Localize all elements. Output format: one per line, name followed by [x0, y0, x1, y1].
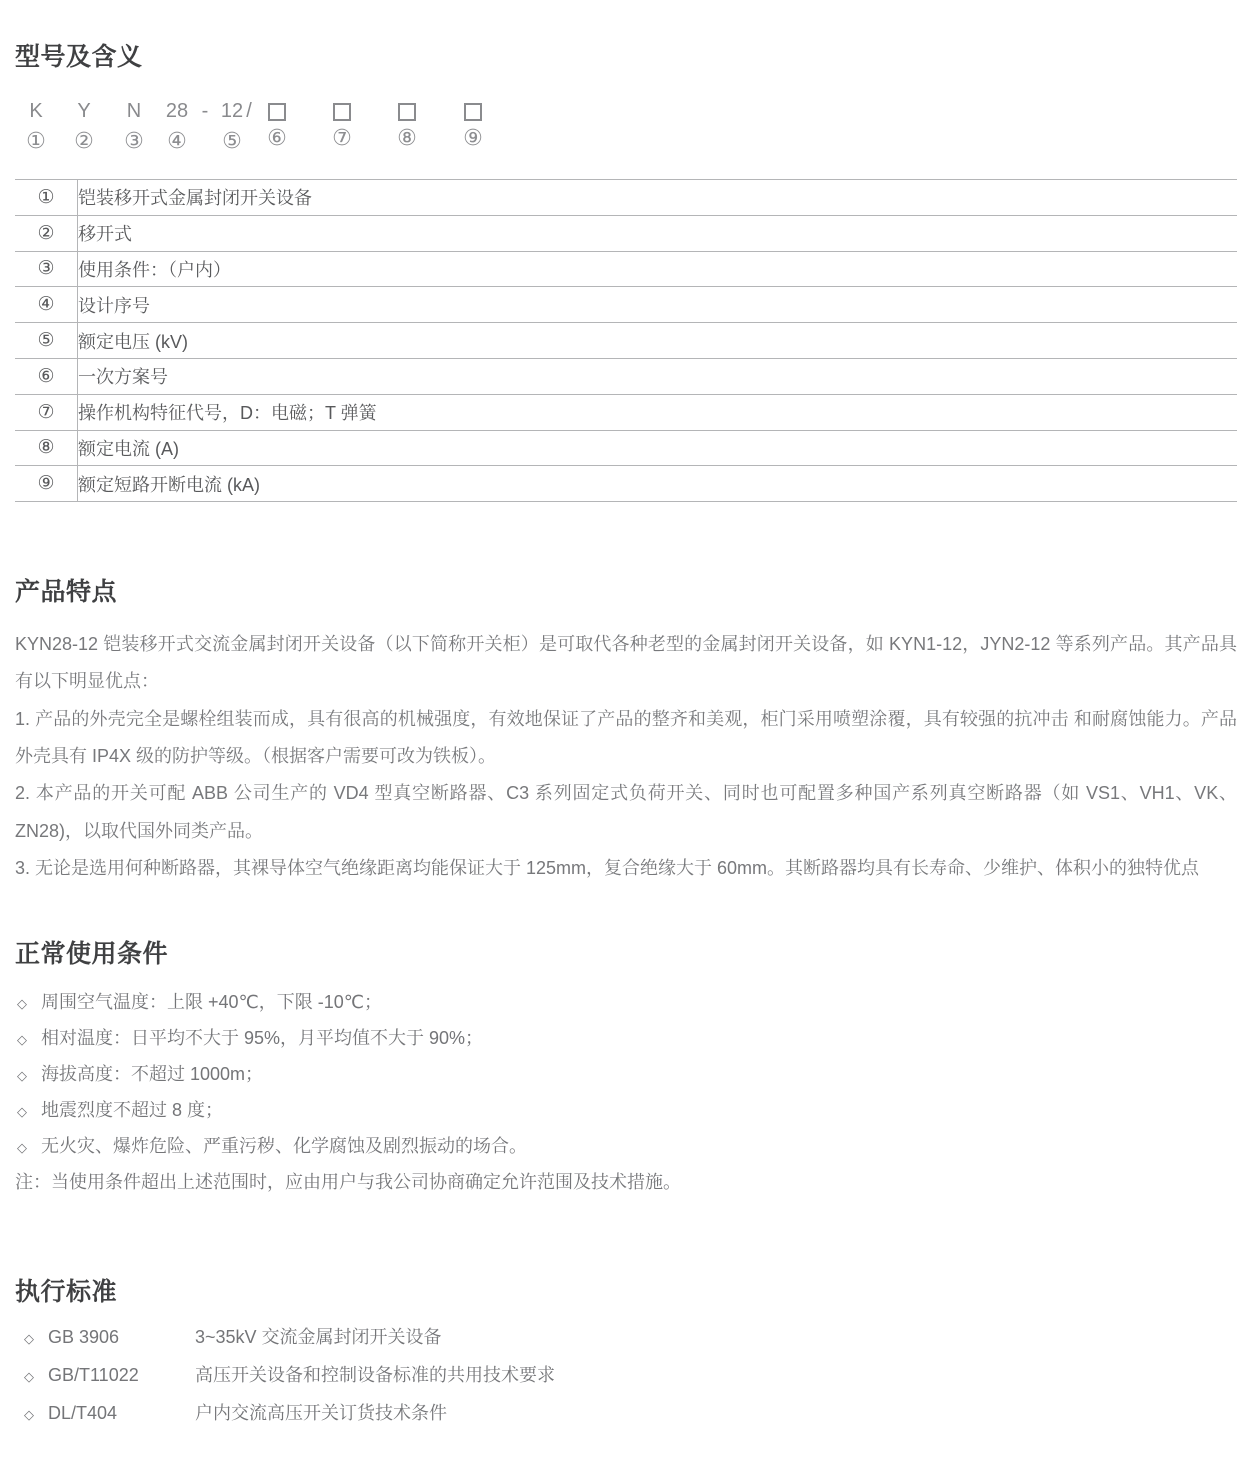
- diamond-bullet-icon: ◇: [24, 1397, 48, 1433]
- diamond-bullet-icon: ◇: [24, 1359, 48, 1395]
- section-title-standards: 执行标准: [15, 1275, 1237, 1309]
- row-description: 额定电压 (kV): [78, 323, 1238, 359]
- paragraph: KYN28-12 铠装移开式交流金属封闭开关设备（以下简称开关柜）是可取代各种老…: [15, 626, 1237, 701]
- row-description: 操作机构特征代号，D：电磁；T 弹簧: [78, 394, 1238, 430]
- model-symbol: K: [14, 98, 58, 124]
- table-row: ① 铠装移开式金属封闭开关设备: [15, 180, 1237, 216]
- row-number: ②: [15, 215, 78, 251]
- row-number: ⑥: [15, 358, 78, 394]
- diamond-bullet-icon: ◇: [15, 1059, 41, 1093]
- condition-text: 周围空气温度：上限 +40℃，下限 -10℃；: [41, 985, 382, 1019]
- table-row: ② 移开式: [15, 215, 1237, 251]
- model-column-9: ⑨: [451, 98, 495, 153]
- paragraph: 3. 无论是选用何种断路器，其裸导体空气绝缘距离均能保证大于 125mm，复合绝…: [15, 850, 1237, 887]
- diamond-bullet-icon: ◇: [24, 1321, 48, 1357]
- model-symbol: Y: [62, 98, 106, 124]
- condition-text: 相对温度：日平均不大于 95%，月平均值不大于 90%；: [41, 1021, 483, 1055]
- list-item: ◇ 地震烈度不超过 8 度；: [15, 1093, 1237, 1129]
- circled-number: ①: [14, 126, 58, 156]
- list-item: ◇ DL/T404 户内交流高压开关订货技术条件: [15, 1395, 1237, 1433]
- table-row: ⑤ 额定电压 (kV): [15, 323, 1237, 359]
- diamond-bullet-icon: ◇: [15, 987, 41, 1021]
- model-column-3: N ③: [112, 98, 156, 156]
- row-number: ⑨: [15, 466, 78, 502]
- condition-text: 海拔高度：不超过 1000m；: [41, 1057, 263, 1091]
- placeholder-box-icon: [333, 103, 351, 121]
- circled-number: ⑦: [320, 123, 364, 153]
- condition-text: 无火灾、爆炸危险、严重污秽、化学腐蚀及剧烈振动的场合。: [41, 1129, 527, 1163]
- placeholder-box-icon: [268, 103, 286, 121]
- circled-number: ③: [112, 126, 156, 156]
- row-description: 额定短路开断电流 (kA): [78, 466, 1238, 502]
- row-description: 使用条件：（户内）: [78, 251, 1238, 287]
- section-title-model: 型号及含义: [15, 0, 1237, 74]
- model-column-2: Y ②: [62, 98, 106, 156]
- document-page: 型号及含义 K ① Y ② N ③ 28 ④ - 12 ⑤ / ⑥ ⑦: [0, 0, 1250, 1433]
- row-description: 移开式: [78, 215, 1238, 251]
- paragraph: 2. 本产品的开关可配 ABB 公司生产的 VD4 型真空断路器、C3 系列固定…: [15, 775, 1237, 850]
- table-row: ④ 设计序号: [15, 287, 1237, 323]
- section-title-features: 产品特点: [15, 575, 1237, 609]
- standard-code: GB/T11022: [48, 1357, 195, 1393]
- row-number: ①: [15, 180, 78, 216]
- model-symbol: 28: [155, 98, 199, 124]
- circled-number: ⑧: [385, 123, 429, 153]
- model-column-6: ⑥: [255, 98, 299, 153]
- row-description: 铠装移开式金属封闭开关设备: [78, 180, 1238, 216]
- section-standards: 执行标准 ◇ GB 3906 3~35kV 交流金属封闭开关设备 ◇ GB/T1…: [15, 1275, 1237, 1433]
- circled-number: ②: [62, 126, 106, 156]
- model-meaning-table: ① 铠装移开式金属封闭开关设备 ② 移开式 ③ 使用条件：（户内） ④ 设计序号…: [15, 179, 1237, 502]
- row-description: 一次方案号: [78, 358, 1238, 394]
- section-title-conditions: 正常使用条件: [15, 937, 1237, 971]
- features-paragraphs: KYN28-12 铠装移开式交流金属封闭开关设备（以下简称开关柜）是可取代各种老…: [15, 626, 1237, 887]
- circled-number: ⑨: [451, 123, 495, 153]
- diamond-bullet-icon: ◇: [15, 1095, 41, 1129]
- conditions-list: ◇ 周围空气温度：上限 +40℃，下限 -10℃； ◇ 相对温度：日平均不大于 …: [15, 985, 1237, 1199]
- model-column-1: K ①: [14, 98, 58, 156]
- circled-number: ⑥: [255, 123, 299, 153]
- row-description: 额定电流 (A): [78, 430, 1238, 466]
- standard-code: DL/T404: [48, 1395, 195, 1431]
- model-column-8: ⑧: [385, 98, 429, 153]
- model-column-4: 28 ④: [155, 98, 199, 156]
- list-item: ◇ 无火灾、爆炸危险、严重污秽、化学腐蚀及剧烈振动的场合。: [15, 1129, 1237, 1165]
- table-row: ⑥ 一次方案号: [15, 358, 1237, 394]
- circled-number: ④: [155, 126, 199, 156]
- diamond-bullet-icon: ◇: [15, 1023, 41, 1057]
- section-features: 产品特点 KYN28-12 铠装移开式交流金属封闭开关设备（以下简称开关柜）是可…: [15, 575, 1237, 887]
- standard-description: 高压开关设备和控制设备标准的共用技术要求: [195, 1357, 1237, 1393]
- row-number: ⑦: [15, 394, 78, 430]
- placeholder-box-icon: [398, 103, 416, 121]
- conditions-note: 注：当使用条件超出上述范围时，应由用户与我公司协商确定允许范围及技术措施。: [15, 1165, 1237, 1199]
- table-row: ⑨ 额定短路开断电流 (kA): [15, 466, 1237, 502]
- model-designation-diagram: K ① Y ② N ③ 28 ④ - 12 ⑤ / ⑥ ⑦: [15, 98, 1237, 160]
- circled-number: ⑤: [210, 126, 254, 156]
- list-item: ◇ GB/T11022 高压开关设备和控制设备标准的共用技术要求: [15, 1357, 1237, 1395]
- section-conditions: 正常使用条件 ◇ 周围空气温度：上限 +40℃，下限 -10℃； ◇ 相对温度：…: [15, 937, 1237, 1199]
- table-row: ⑧ 额定电流 (A): [15, 430, 1237, 466]
- row-description: 设计序号: [78, 287, 1238, 323]
- list-item: ◇ GB 3906 3~35kV 交流金属封闭开关设备: [15, 1319, 1237, 1357]
- row-number: ④: [15, 287, 78, 323]
- standard-description: 户内交流高压开关订货技术条件: [195, 1395, 1237, 1431]
- paragraph: 1. 产品的外壳完全是螺栓组装而成，具有很高的机械强度，有效地保证了产品的整齐和…: [15, 701, 1237, 776]
- list-item: ◇ 周围空气温度：上限 +40℃，下限 -10℃；: [15, 985, 1237, 1021]
- table-row: ⑦ 操作机构特征代号，D：电磁；T 弹簧: [15, 394, 1237, 430]
- row-number: ③: [15, 251, 78, 287]
- condition-text: 地震烈度不超过 8 度；: [41, 1093, 223, 1127]
- placeholder-box-icon: [464, 103, 482, 121]
- standards-list: ◇ GB 3906 3~35kV 交流金属封闭开关设备 ◇ GB/T11022 …: [15, 1319, 1237, 1433]
- row-number: ⑧: [15, 430, 78, 466]
- table-row: ③ 使用条件：（户内）: [15, 251, 1237, 287]
- standard-description: 3~35kV 交流金属封闭开关设备: [195, 1319, 1237, 1355]
- diamond-bullet-icon: ◇: [15, 1131, 41, 1165]
- list-item: ◇ 相对温度：日平均不大于 95%，月平均值不大于 90%；: [15, 1021, 1237, 1057]
- standard-code: GB 3906: [48, 1319, 195, 1355]
- model-symbol: N: [112, 98, 156, 124]
- model-column-7: ⑦: [320, 98, 364, 153]
- row-number: ⑤: [15, 323, 78, 359]
- list-item: ◇ 海拔高度：不超过 1000m；: [15, 1057, 1237, 1093]
